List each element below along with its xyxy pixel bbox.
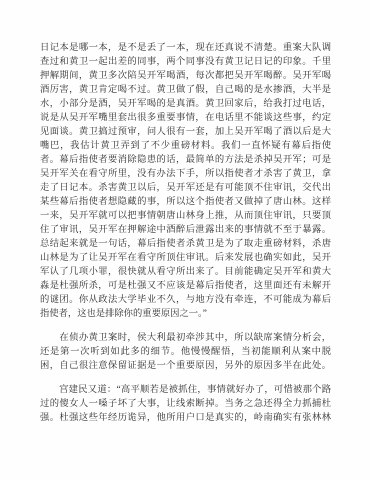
text-line: 某些幕后指使者想隐藏的事，所以这个指使者又做掉了唐山林。这样: [40, 195, 331, 209]
text-line: 山林是为了让吴开军在看守所顶住审讯。后来发展也确实如此，吴开: [40, 251, 331, 265]
text-line: 过的傻女人一嗓子坏了大事，让线索断掉。当务之急还得全力抓捕杜: [40, 397, 331, 411]
text-line: 者。幕后指使者要消除隐患的话，最简单的方法是杀掉吴开军；可是: [40, 153, 331, 167]
text-line: 查过和黄卫一起出差的同事，两个同事没有黄卫记日记的印象。千里: [40, 55, 331, 69]
text-line: 指使者，这也是排除你的重要原因之一。”: [40, 307, 331, 321]
text-line: 宫建民又道：“高平顺若是被抓住，事情就好办了，可惜被那个路: [40, 383, 331, 397]
text-line: 吴开军关在看守所里，没有办法下手，所以指使者才杀害了黄卫，拿: [40, 167, 331, 181]
text-line: 走了日记本。杀害黄卫以后，吴开军还是有可能顶不住审讯，交代出: [40, 181, 331, 195]
text-line: 一来，吴开军就可以把事情朝唐山林身上推，从而顶住审讯，只要顶: [40, 209, 331, 223]
text-line: 淼是杜强所杀，可是杜强又不应该是幕后指使者，这里面还有未解开: [40, 279, 331, 293]
text-line: 的谜团。你从政法大学毕业不久，与地方没有牵连，不可能成为幕后: [40, 293, 331, 307]
text-line: 军认了几项小罪，很快就从看守所出来了。目前能确定吴开军和黄大: [40, 265, 331, 279]
book-page: 日记本是哪一本，是不是丢了一本，现在还真说不清楚。重案大队调查过和黄卫一起出差的…: [0, 0, 370, 480]
paragraph: 日记本是哪一本，是不是丢了一本，现在还真说不清楚。重案大队调查过和黄卫一起出差的…: [40, 41, 331, 321]
text-line: 总结起来就是一句话，幕后指使者杀黄卫是为了取走重磅材料，杀唐: [40, 237, 331, 251]
paragraph: 宫建民又道：“高平顺若是被抓住，事情就好办了，可惜被那个路过的傻女人一嗓子坏了大…: [40, 383, 331, 425]
text-line: 见面谈。黄卫搞过预审，问人很有一套，加上吴开军喝了酒以后是大: [40, 125, 331, 139]
page-text-block: 日记本是哪一本，是不是丢了一本，现在还真说不清楚。重案大队调查过和黄卫一起出差的…: [40, 41, 331, 435]
text-line: 在侦办黄卫案时，侯大利最初牵涉其中，所以缺席案情分析会，: [40, 331, 331, 345]
text-line: 困，自己很注意保留证据是一个重要原因，另外的原因多半在此处。: [40, 359, 331, 373]
text-line: 住了审讯，吴开军在押解途中酒醉后泄露出来的事情就不至于暴露。: [40, 223, 331, 237]
text-line: 还是第一次听到如此多的细节。他慢慢醒悟，当初能顺利从案中脱: [40, 345, 331, 359]
text-line: 押解期间，黄卫多次陪吴开军喝酒，每次都把吴开军喝醉。吴开军喝: [40, 69, 331, 83]
text-line: 日记本是哪一本，是不是丢了一本，现在还真说不清楚。重案大队调: [40, 41, 331, 55]
text-line: 水，小部分是酒，吴开军喝的是真酒。黄卫回家后，给我打过电话，: [40, 97, 331, 111]
text-line: 强。杜强这些年经历诡异，他所用户口是真实的，岭南确实有张林林: [40, 411, 331, 425]
text-line: 说是从吴开军嘴里套出很多重要事情，在电话里不能谈这些事，约定: [40, 111, 331, 125]
text-line: 酒厉害，黄卫肯定喝不过。黄卫做了假，自己喝的是水掺酒，大半是: [40, 83, 331, 97]
paragraph: 在侦办黄卫案时，侯大利最初牵涉其中，所以缺席案情分析会，还是第一次听到如此多的细…: [40, 331, 331, 373]
text-line: 嘴巴，我估计黄卫弄到了不少重磅材料。我们一直怀疑有幕后指使: [40, 139, 331, 153]
